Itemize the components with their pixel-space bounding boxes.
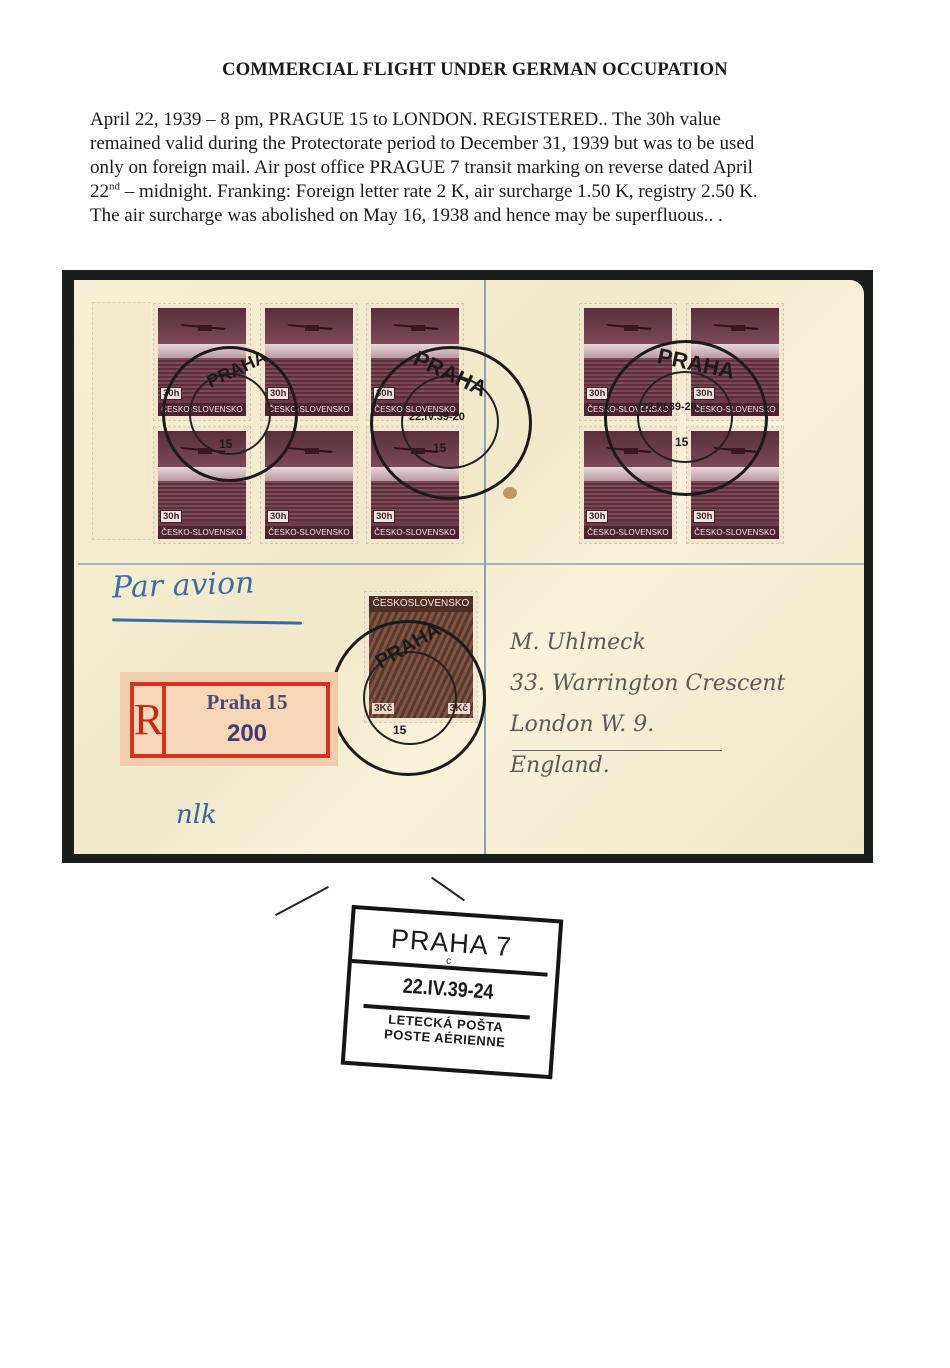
postmark-praha-15: PRAHA 15 bbox=[162, 346, 298, 482]
stamp-country: ČESKO-SLOVENSKO bbox=[158, 526, 246, 539]
address-line: England. bbox=[510, 745, 785, 786]
description-line: 22nd – midnight. Franking: Foreign lette… bbox=[90, 180, 860, 204]
registration-crossline-horizontal bbox=[78, 563, 864, 565]
sheet-selvage bbox=[92, 302, 151, 540]
stamp-country: ČESKO-SLOVENSKO bbox=[584, 526, 672, 539]
scan-mark bbox=[275, 886, 329, 916]
handwritten-initials: nlk bbox=[176, 800, 217, 830]
stamp-country: ČESKO-SLOVENSKO bbox=[691, 526, 779, 539]
stamp-value: 30h bbox=[267, 510, 289, 523]
page-title: COMMERCIAL FLIGHT UNDER GERMAN OCCUPATIO… bbox=[0, 60, 950, 81]
scan-mark bbox=[431, 877, 465, 902]
postmark-praha-15: PRAHA 22.IV.39-20 15 bbox=[370, 346, 532, 500]
description-line: remained valid during the Protectorate p… bbox=[90, 132, 860, 156]
stamp-country: ČESKOSLOVENSKO bbox=[369, 596, 473, 612]
stamp-value: 30h bbox=[693, 510, 715, 523]
description-line: The air surcharge was abolished on May 1… bbox=[90, 204, 860, 228]
registration-r-letter: R bbox=[134, 686, 166, 754]
stamp-value: 30h bbox=[586, 387, 608, 400]
description-line: only on foreign mail. Air post office PR… bbox=[90, 156, 860, 180]
registration-office: Praha 15 bbox=[168, 690, 326, 715]
registration-number: 200 bbox=[168, 720, 326, 748]
airplane-icon bbox=[393, 322, 439, 332]
address-line: 33. Warrington Crescent bbox=[510, 663, 785, 704]
airplane-icon bbox=[713, 322, 759, 332]
description-line-rest: – midnight. Franking: Foreign letter rat… bbox=[120, 181, 758, 202]
date-ordinal: nd bbox=[109, 181, 120, 193]
address-line: London W. 9. bbox=[510, 704, 785, 745]
airplane-icon bbox=[287, 445, 333, 455]
par-avion-marking: Par avion bbox=[111, 566, 255, 606]
transit-marking-praha-7: PRAHA 7 c 22.IV.39-24 LETECKÁ POŠTA POST… bbox=[341, 905, 562, 1079]
postmark-praha-15: PRAHA 22.IV.39-20 15 bbox=[604, 340, 768, 496]
transit-sub-letter: c bbox=[446, 956, 452, 967]
airplane-icon bbox=[606, 322, 652, 332]
address-underline bbox=[512, 750, 722, 751]
registration-label: R Praha 15 200 bbox=[120, 672, 338, 766]
stamp-country: ČESKO-SLOVENSKO bbox=[265, 526, 353, 539]
postmark-praha-15: PRAHA 15 bbox=[330, 620, 486, 776]
stamp-country: ČESKO-SLOVENSKO bbox=[371, 526, 459, 539]
address-line: M. Uhlmeck bbox=[510, 622, 785, 663]
date-day: 22 bbox=[90, 181, 109, 202]
stamp-value: 30h bbox=[586, 510, 608, 523]
description-line: April 22, 1939 – 8 pm, PRAGUE 15 to LOND… bbox=[90, 108, 860, 132]
stamp-value: 30h bbox=[373, 510, 395, 523]
airplane-icon bbox=[180, 322, 226, 332]
stamp-value: 30h bbox=[160, 510, 182, 523]
airplane-icon bbox=[287, 322, 333, 332]
recipient-address: M. Uhlmeck 33. Warrington Crescent Londo… bbox=[510, 622, 785, 786]
description: April 22, 1939 – 8 pm, PRAGUE 15 to LOND… bbox=[90, 108, 860, 228]
stain bbox=[503, 487, 517, 499]
